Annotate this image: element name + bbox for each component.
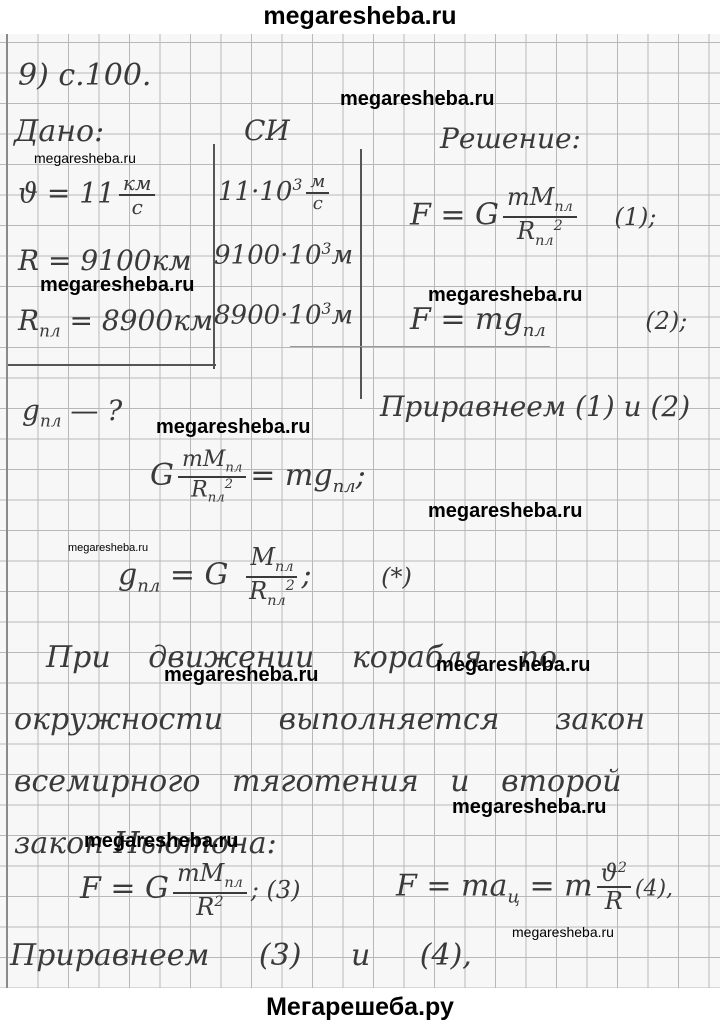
equation-3: F = GmMплR2; (3)	[80, 860, 301, 920]
equate-1-2: Приравнеем (1) и (2)	[380, 390, 690, 423]
paragraph-line-3: всемирного тяготения и второй	[14, 764, 622, 799]
problem-number: 9) с.100.	[18, 58, 151, 93]
equate-3-4: Приравнеем (3) и (4),	[10, 938, 472, 973]
equation-4: F = maц = mϑ2R(4),	[396, 860, 673, 915]
watermark: megaresheba.ru	[452, 796, 607, 819]
given-radius: R = 9100км	[18, 244, 192, 277]
margin-line	[6, 34, 8, 988]
combined-equation: GmMплRпл2= mgпл;	[150, 448, 366, 506]
equation-star: gпл = GMплRпл2; (*)	[118, 544, 412, 609]
given-velocity: ϑ = 11кмс	[18, 172, 159, 218]
solution-divider	[290, 346, 550, 347]
given-divider	[8, 364, 216, 366]
find-quantity: gпл — ?	[22, 394, 122, 431]
si-right-border	[360, 149, 362, 399]
paragraph-line-2: окружности выполняется закон	[14, 702, 645, 737]
given-title: Дано:	[14, 114, 104, 149]
watermark: megaresheba.ru	[436, 654, 591, 677]
watermark: megaresheba.ru	[34, 150, 136, 166]
site-header: megaresheba.ru	[0, 0, 720, 34]
watermark: megaresheba.ru	[68, 542, 148, 554]
site-footer-text: Мегарешеба.ру	[266, 993, 454, 1021]
si-planet-radius: 8900·103м	[214, 300, 353, 331]
watermark: megaresheba.ru	[156, 416, 311, 439]
site-header-text: megaresheba.ru	[263, 2, 456, 30]
watermark: megaresheba.ru	[340, 88, 495, 111]
watermark: megaresheba.ru	[84, 830, 239, 853]
watermark: megaresheba.ru	[40, 274, 195, 297]
watermark: megaresheba.ru	[428, 284, 583, 307]
given-planet-radius: Rпл = 8900км	[18, 304, 213, 341]
si-title: СИ	[244, 114, 290, 147]
solution-title: Решение:	[440, 122, 581, 155]
equation-2: F = mgпл (2);	[410, 302, 687, 341]
notebook-page: 9) с.100. Дано: ϑ = 11кмс R = 9100км Rпл…	[0, 34, 720, 988]
site-footer: Мегарешеба.ру	[0, 990, 720, 1026]
watermark: megaresheba.ru	[428, 500, 583, 523]
watermark: megaresheba.ru	[512, 924, 614, 940]
si-radius: 9100·103м	[214, 240, 353, 271]
si-velocity: 11·103мс	[218, 172, 333, 214]
watermark: megaresheba.ru	[164, 664, 319, 687]
equation-1: F = GmMплRпл2 (1);	[410, 184, 656, 249]
